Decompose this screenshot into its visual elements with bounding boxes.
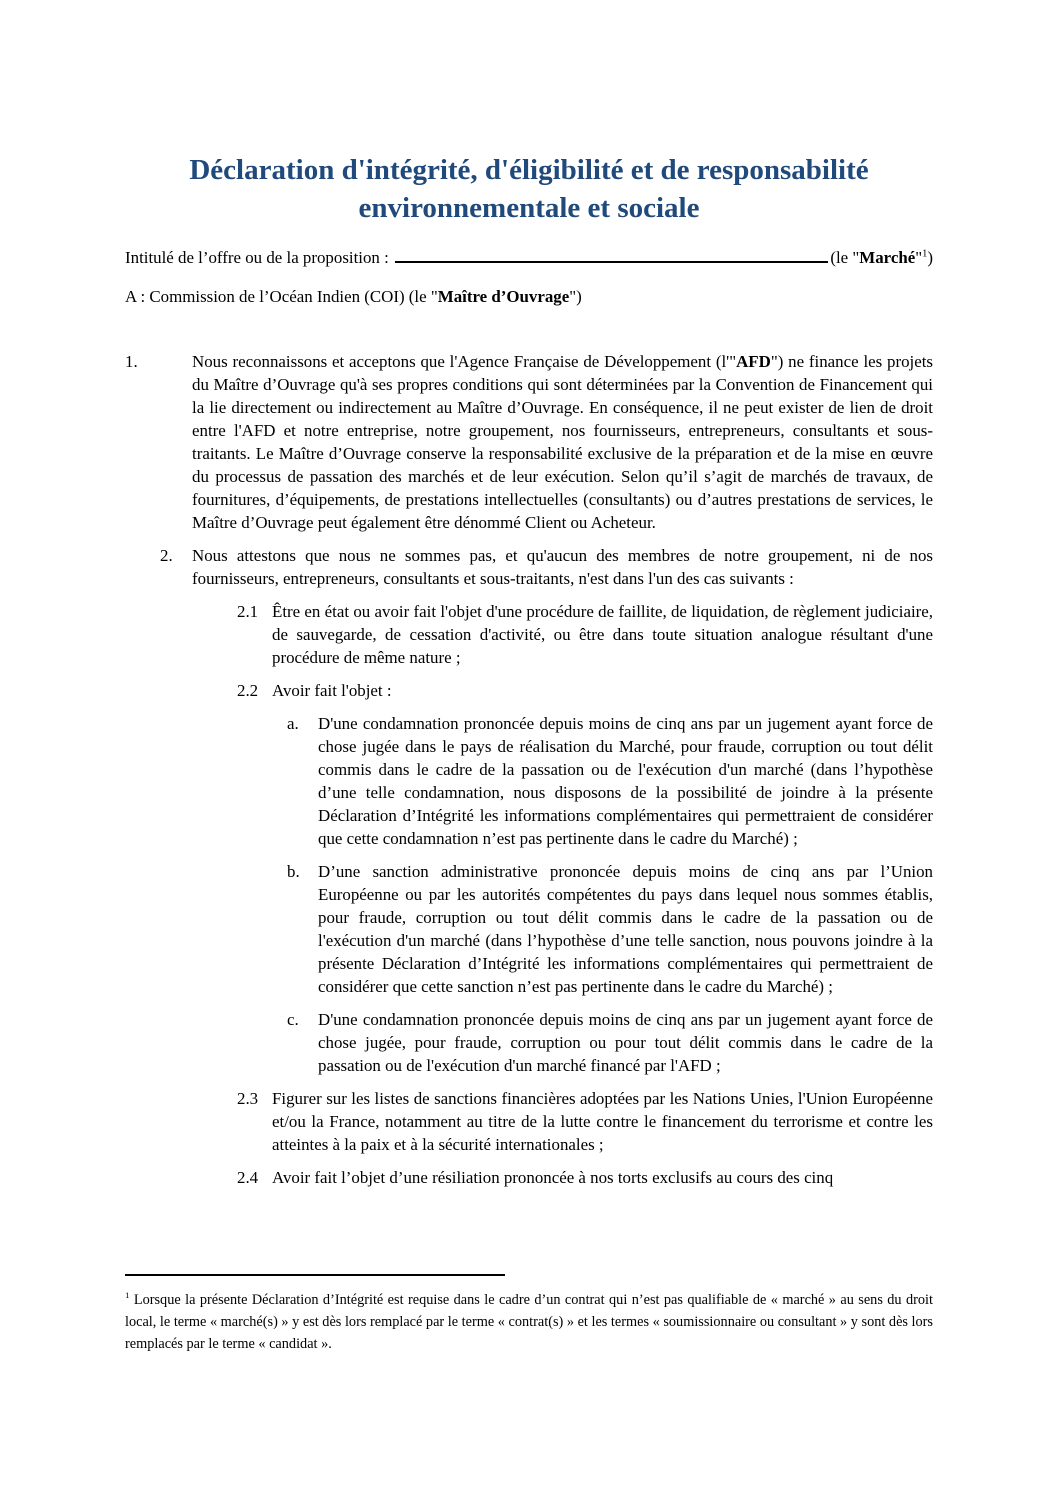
item-number: 2.4	[237, 1166, 272, 1189]
item-text: D'une condamnation prononcée depuis moin…	[318, 712, 933, 850]
item-number: b.	[287, 860, 318, 998]
item-text: Nous reconnaissons et acceptons que l'Ag…	[192, 350, 933, 534]
item-number: 2.1	[237, 600, 272, 669]
item-number: 2.	[160, 544, 192, 590]
item-text: Avoir fait l'objet :	[272, 679, 933, 702]
footnote-text: 1 Lorsque la présente Déclaration d’Inté…	[125, 1289, 933, 1355]
item-number: 2.2	[237, 679, 272, 702]
item-text: D’une sanction administrative prononcée …	[318, 860, 933, 998]
clauses-list: 1. Nous reconnaissons et acceptons que l…	[125, 350, 933, 1189]
item-number: c.	[287, 1008, 318, 1077]
list-item-2-2-a: a. D'une condamnation prononcée depuis m…	[287, 712, 933, 850]
item-number: 2.3	[237, 1087, 272, 1156]
list-item-2-2-c: c. D'une condamnation prononcée depuis m…	[287, 1008, 933, 1077]
offer-label: Intitulé de l’offre ou de la proposition…	[125, 246, 389, 269]
footnote-marker: 1	[125, 1290, 129, 1300]
title-line-2: environnementale et sociale	[125, 189, 933, 227]
footnote-body: Lorsque la présente Déclaration d’Intégr…	[125, 1292, 933, 1352]
offer-suffix: (le "Marché"1)	[830, 246, 933, 269]
document-title: Déclaration d'intégrité, d'éligibilité e…	[125, 151, 933, 227]
document-page: Déclaration d'intégrité, d'éligibilité e…	[0, 0, 1058, 1497]
list-item-2-2-b: b. D’une sanction administrative prononc…	[287, 860, 933, 998]
list-item-2-4: 2.4 Avoir fait l’objet d’une résiliation…	[237, 1166, 933, 1189]
list-item-2-2: 2.2 Avoir fait l'objet :	[237, 679, 933, 702]
item-text: Être en état ou avoir fait l'objet d'une…	[272, 600, 933, 669]
list-item-2-3: 2.3 Figurer sur les listes de sanctions …	[237, 1087, 933, 1156]
item-text: D'une condamnation prononcée depuis moin…	[318, 1008, 933, 1077]
recipient-line: A : Commission de l’Océan Indien (COI) (…	[125, 285, 933, 308]
title-line-1: Déclaration d'intégrité, d'éligibilité e…	[125, 151, 933, 189]
list-item-2-1: 2.1 Être en état ou avoir fait l'objet d…	[237, 600, 933, 669]
item-number: a.	[287, 712, 318, 850]
list-item-2: 2. Nous attestons que nous ne sommes pas…	[160, 544, 933, 590]
offer-blank-fill-line	[395, 260, 829, 263]
offer-title-row: Intitulé de l’offre ou de la proposition…	[125, 246, 933, 269]
footnote-separator-rule	[125, 1274, 505, 1276]
item-number: 1.	[125, 350, 192, 534]
list-item-1: 1. Nous reconnaissons et acceptons que l…	[125, 350, 933, 534]
item-text: Avoir fait l’objet d’une résiliation pro…	[272, 1166, 933, 1189]
item-text: Figurer sur les listes de sanctions fina…	[272, 1087, 933, 1156]
footnote-section: 1 Lorsque la présente Déclaration d’Inté…	[125, 1274, 933, 1355]
item-text: Nous attestons que nous ne sommes pas, e…	[192, 544, 933, 590]
